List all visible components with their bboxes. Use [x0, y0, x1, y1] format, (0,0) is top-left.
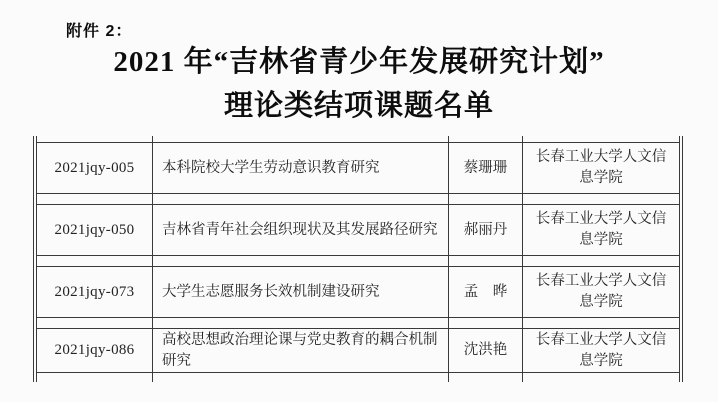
spacer-cell	[523, 318, 679, 328]
table-row: 2021jqy-005 本科院校大学生劳动意识教育研究 蔡珊珊 长春工业大学人文…	[37, 142, 679, 194]
table-spacer-row	[37, 194, 679, 204]
cell-institution: 长春工业大学人文信息学院	[523, 205, 679, 255]
table-cropped-top-row	[37, 136, 679, 142]
spacer-cell	[153, 256, 449, 266]
cell-project-title: 大学生志愿服务长效机制建设研究	[153, 267, 449, 317]
cell-project-title: 高校思想政治理论课与党史教育的耦合机制研究	[153, 329, 449, 372]
spacer-cell	[523, 194, 679, 204]
spacer-cell	[449, 136, 523, 142]
spacer-cell	[449, 256, 523, 266]
cell-leader-name: 蔡珊珊	[449, 143, 523, 193]
spacer-cell	[523, 256, 679, 266]
table-row: 2021jqy-086 高校思想政治理论课与党史教育的耦合机制研究 沈洪艳 长春…	[37, 328, 679, 373]
attachment-label: 附件 2：	[66, 18, 132, 41]
spacer-cell	[37, 194, 153, 204]
spacer-cell	[523, 373, 679, 382]
cell-leader-name: 孟 晔	[449, 267, 523, 317]
spacer-cell	[153, 318, 449, 328]
spacer-cell	[523, 136, 679, 142]
table-spacer-row	[37, 318, 679, 328]
document-title-line2: 理论类结项课题名单	[0, 90, 718, 122]
spacer-cell	[153, 373, 449, 382]
cell-project-id: 2021jqy-005	[37, 143, 153, 193]
cell-project-id: 2021jqy-073	[37, 267, 153, 317]
spacer-cell	[37, 318, 153, 328]
spacer-cell	[153, 194, 449, 204]
cell-leader-name: 沈洪艳	[449, 329, 523, 372]
project-table-inner: 2021jqy-005 本科院校大学生劳动意识教育研究 蔡珊珊 长春工业大学人文…	[36, 136, 680, 382]
spacer-cell	[37, 256, 153, 266]
cell-project-title: 本科院校大学生劳动意识教育研究	[153, 143, 449, 193]
table-row: 2021jqy-073 大学生志愿服务长效机制建设研究 孟 晔 长春工业大学人文…	[37, 266, 679, 318]
cell-institution: 长春工业大学人文信息学院	[523, 267, 679, 317]
table-cropped-bottom-row	[37, 373, 679, 382]
spacer-cell	[449, 194, 523, 204]
spacer-cell	[449, 318, 523, 328]
table-row: 2021jqy-050 吉林省青年社会组织现状及其发展路径研究 郝丽丹 长春工业…	[37, 204, 679, 256]
table-spacer-row	[37, 256, 679, 266]
project-table: 2021jqy-005 本科院校大学生劳动意识教育研究 蔡珊珊 长春工业大学人文…	[33, 136, 683, 382]
spacer-cell	[153, 136, 449, 142]
cell-project-title: 吉林省青年社会组织现状及其发展路径研究	[153, 205, 449, 255]
document-page: 附件 2： 2021 年“吉林省青少年发展研究计划” 理论类结项课题名单 202…	[0, 0, 718, 402]
cell-leader-name: 郝丽丹	[449, 205, 523, 255]
cell-institution: 长春工业大学人文信息学院	[523, 143, 679, 193]
cell-project-id: 2021jqy-050	[37, 205, 153, 255]
cell-institution: 长春工业大学人文信息学院	[523, 329, 679, 372]
spacer-cell	[37, 373, 153, 382]
spacer-cell	[37, 136, 153, 142]
document-title-line1: 2021 年“吉林省青少年发展研究计划”	[0, 46, 718, 78]
spacer-cell	[449, 373, 523, 382]
cell-project-id: 2021jqy-086	[37, 329, 153, 372]
